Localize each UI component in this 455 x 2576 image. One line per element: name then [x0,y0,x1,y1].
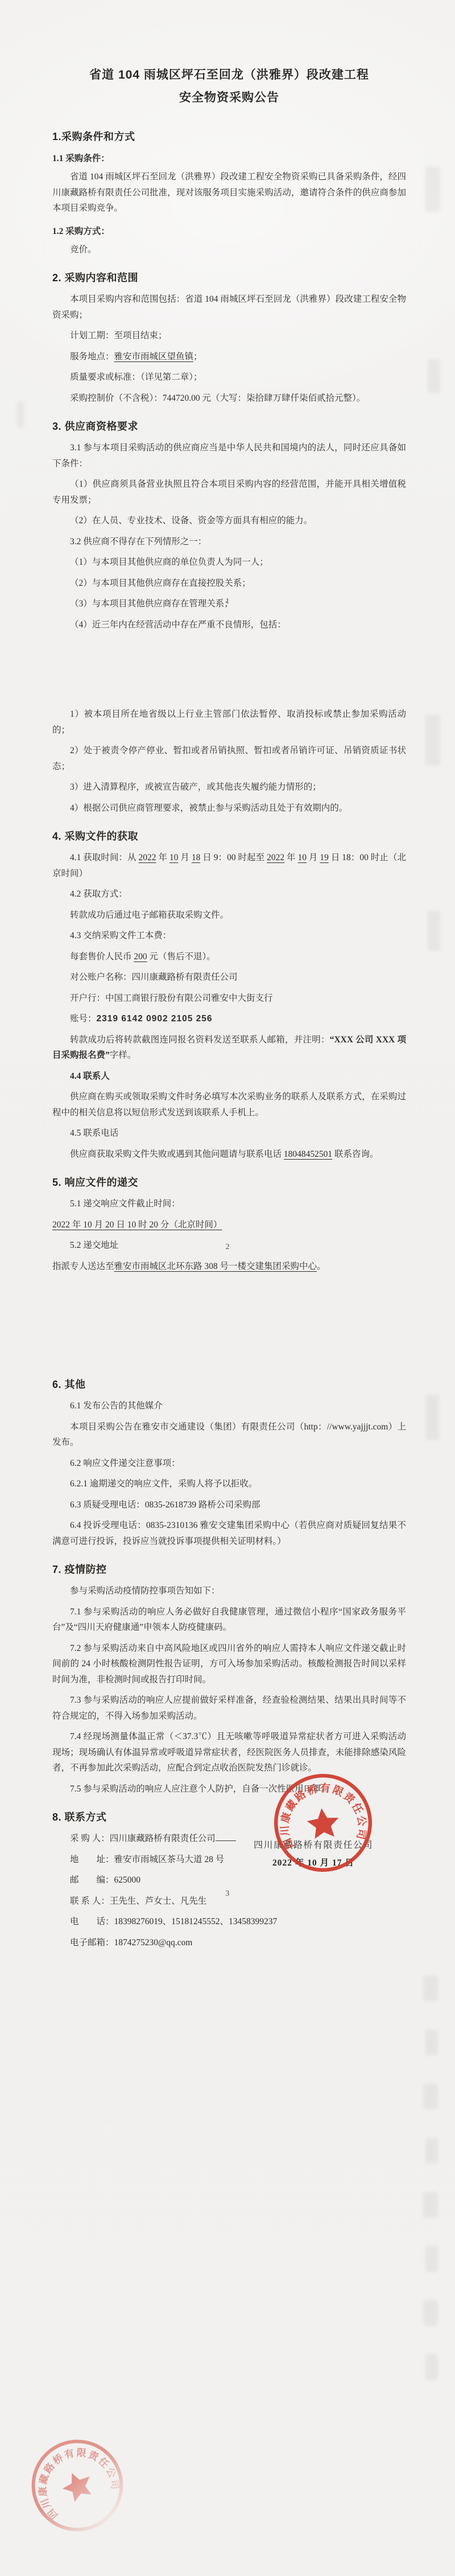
bleed-through-mark [425,2246,438,2272]
paragraph: 账号：2319 6142 0902 2105 256 [52,1011,406,1027]
paragraph: 6.3 质疑受理电话：0835-2618739 路桥公司采购部 [52,1497,406,1513]
document-title: 省道 104 雨城区坪石至回龙（洪雅界）段改建工程 安全物资采购公告 [52,64,406,109]
paragraph: 3.2 供应商不得存在下列情形之一： [52,534,406,550]
page-number-2: 2 [0,1242,455,1251]
paragraph: 计划工期：至项目结束； [52,328,406,344]
text-segment: 年 [156,853,169,862]
paragraph: 4）根据公司供应商管理要求，被禁止参与采购活动且处于有效期内的。 [52,800,406,816]
contact-label: 电子邮箱： [70,1938,114,1948]
contact-value: 四川康藏路桥有限责任公司 [110,1834,216,1843]
bleed-through-mark [425,166,440,212]
text-segment: 每套售价人民币 [70,952,134,962]
underlined-year: 2022 [139,853,156,862]
underlined-day: 19 [320,853,329,862]
paragraph: （4）近三年内在经营活动中存在严重不良情形，包括： [52,617,406,633]
underlined-phone: 18048452501 [284,1149,332,1159]
bleed-through-mark [423,2084,438,2110]
section-heading-5: 5. 响应文件的递交 [52,1174,406,1189]
paragraph: 7.5 参与采购活动的响应人应注意个人防护，自备一次性医用口罩。 [52,1781,406,1797]
contact-line: 电 话：18398276019、15181245552、13458399237 [52,1914,406,1930]
paragraph: 转款成功后通过电子邮箱获取采购文件。 [52,907,406,923]
paragraph: 7.3 参与采购活动的响应人应提前做好采样准备，经查验检测结果、结果出具时间等不… [52,1692,406,1724]
contact-line: 电子邮箱：1874275230@qq.com [52,1935,406,1951]
subsection-1-1: 1.1 采购条件： [52,151,406,164]
paragraph: 3）进入清算程序，或被宣告破产，或其他丧失履约能力情形的； [52,779,406,795]
underlined-price: 200 [134,952,147,962]
section-heading-8: 8. 联系方式 [52,1809,406,1824]
text-segment: 转款成功后将转款截图连同报名资料发送至联系人邮箱，并注明： [70,1035,330,1045]
page-1: 省道 104 雨城区坪石至回龙（洪雅界）段改建工程 安全物资采购公告 1.采购条… [52,64,406,638]
partial-company-seal: 四川康藏路桥有限责任公司 [13,2421,142,2550]
contact-label: 地 址： [70,1855,114,1864]
text-segment: 月 [307,853,320,862]
bleed-through-mark [423,2300,438,2326]
text-segment: 联系咨询。 [332,1149,378,1159]
paragraph: （1）供应商须具备营业执照且符合本项目采购内容的经营范围，并能开具相关增值税专用… [52,476,406,508]
section-heading-7: 7. 疫情防控 [52,1562,406,1576]
bleed-through-mark [428,359,440,393]
bleed-through-mark [425,1395,439,1440]
paragraph: 本项目采购内容和范围包括：省道 104 雨城区坪石至回龙（洪雅界）段改建工程安全… [52,291,406,323]
section-heading-2: 2. 采购内容和范围 [52,270,406,285]
underlined-day: 18 [192,853,201,862]
contact-label: 电 话： [70,1917,114,1926]
title-line-1: 省道 104 雨城区坪石至回龙（洪雅界）段改建工程 [52,64,406,87]
bleed-through-mark [425,2138,438,2164]
paragraph: （1）与本项目其他供应商的单位负责人为同一人； [52,554,406,570]
contact-value: 1874275230@qq.com [114,1938,193,1948]
paragraph: 6.1 发布公告的其他媒介 [52,1398,406,1414]
section-heading-6: 6. 其他 [52,1377,406,1391]
paragraph: 每套售价人民币 200 元（售后不退）。 [52,949,406,965]
contact-value: 18398276019、15181245552、13458399237 [114,1917,278,1926]
bleed-through-mark [17,401,24,428]
account-number: 2319 6142 0902 2105 256 [97,1014,213,1024]
paragraph: 服务地点：雅安市雨城区望鱼镇； [52,349,406,365]
underlined-deadline: 2022 年 10 月 20 日 10 时 20 分（北京时间） [52,1220,222,1230]
paragraph: 采购控制价（不含税）：744720.00 元（大写：柒拾肆万肆仟柒佰贰拾元整）。 [52,391,406,406]
paragraph: 竞价。 [52,242,406,258]
paragraph: 2022 年 10 月 20 日 10 时 20 分（北京时间） [52,1217,406,1233]
paragraph: 供应商在购买或领取采购文件时务必填写本次采购业务的联系人及联系方式，在采购过程中… [52,1089,406,1120]
page-number-1: 1 [0,597,455,606]
seal-arc-text: 四川康藏路桥有限责任公司 [24,2433,124,2522]
paragraph: 2）处于被责令停产停业、暂扣或者吊销执照、暂扣或者吊销许可证、吊销资质证书状态； [52,743,406,774]
paragraph: 6.4 投诉受理电话：0835-2310136 雅安交建集团采购中心（若供应商对… [52,1518,406,1549]
section-heading-3: 3. 供应商资格要求 [52,418,406,433]
bleed-through-mark [425,2354,438,2380]
paragraph: 6.2 响应文件递交注意事项： [52,1456,406,1472]
svg-text:四川康藏路桥有限责任公司: 四川康藏路桥有限责任公司 [24,2433,124,2522]
paragraph: 参与采购活动疫情防控事项告知如下： [52,1583,406,1599]
underlined-address: 雅安市雨城区北环东路 308 号一楼交建集团采购中心 [114,1262,317,1271]
blank-underline [216,1832,236,1842]
paragraph: （2）与本项目其他供应商存在直接控股关系； [52,576,406,591]
text-segment: 4.1 获取时间：从 [70,853,139,862]
text-segment: 。 [317,1262,326,1271]
paragraph: 7.2 参与采购活动来自中高风险地区或四川省外的响应人需持本人响应文件递交截止时… [52,1641,406,1688]
paragraph: 1）被本项目所在地省级以上行业主管部门依法暂停、取消投标或禁止参加采购活动的； [52,706,406,738]
bleed-through-mark [423,2192,438,2218]
paragraph: 对公账户名称：四川康藏路桥有限责任公司 [52,969,406,985]
text-segment: 日 9：00 时起至 [200,853,267,862]
underlined-year: 2022 [267,853,284,862]
contact-label: 采 购 人： [70,1834,110,1843]
paragraph: 7.4 经现场测量体温正常（＜37.3℃）且无咳嗽等呼吸道异常症状者方可进入采购… [52,1729,406,1776]
text-segment: 月 [178,853,191,862]
signature-company: 四川康藏路桥有限责任公司 [254,1838,373,1851]
text-segment: 元（售后不退）。 [147,952,216,962]
page-2: 1）被本项目所在地省级以上行业主管部门依法暂停、取消投标或禁止参加采购活动的； … [52,701,406,1279]
section-heading-4: 4. 采购文件的获取 [52,828,406,843]
text-segment: 字样。 [110,1050,136,1060]
paragraph: 省道 104 雨城区坪石至回龙（洪雅界）段改建工程安全物资采购已具备采购条件，经… [52,169,406,216]
contact-line: 邮 编：625000 [52,1872,406,1888]
text-segment: 服务地点： [70,352,114,361]
bleed-through-mark [428,911,440,951]
underlined-month: 10 [297,853,307,862]
contact-value: 雅安市雨城区茶马大道 28 号 [114,1855,225,1864]
paragraph: 本项目采购公告在雅安市交通建设（集团）有限责任公司（http：//www.yaj… [52,1419,406,1451]
scanned-document: 省道 104 雨城区坪石至回龙（洪雅界）段改建工程 安全物资采购公告 1.采购条… [0,0,455,2576]
text-segment: 年 [284,853,297,862]
paragraph: 6.2.1 逾期递交的响应文件，采购人将予以拒收。 [52,1476,406,1492]
paragraph: 4.1 获取时间：从 2022 年 10 月 18 日 9：00 时起至 202… [52,850,406,881]
text-segment: 指派专人送达至 [52,1262,114,1271]
title-line-2: 安全物资采购公告 [52,87,406,109]
text-segment: ； [193,352,202,361]
paragraph: 质量要求或标准：（详见第二章）； [52,369,406,385]
paragraph: 4.2 获取方式： [52,886,406,902]
underlined-month: 10 [169,853,179,862]
bleed-through-mark [425,714,440,766]
paragraph: 7.1 参与采购活动的响应人务必做好自我健康管理，通过微信小程序“国家政务服务平… [52,1604,406,1636]
paragraph: 开户行：中国工商银行股份有限公司雅安中大街支行 [52,991,406,1006]
subsection-4-4: 4.4 联系人 [52,1069,406,1084]
contact-value: 625000 [114,1875,141,1885]
paragraph: 转款成功后将转款截图连同报名资料发送至联系人邮箱，并注明：“XXX 公司 XXX… [52,1032,406,1063]
section-heading-1: 1.采购条件和方式 [52,129,406,143]
paragraph: （2）在人员、专业技术、设备、资金等方面具有相应的能力。 [52,513,406,529]
paragraph: 3.1 参与本项目采购活动的供应商应当是中华人民共和国境内的法人，同时还应具备如… [52,440,406,471]
underlined-text: 雅安市雨城区望鱼镇 [114,352,194,361]
paragraph: 4.3 交纳采购文件工本费： [52,928,406,944]
account-label: 账号： [70,1014,97,1024]
paragraph: 指派专人送达至雅安市雨城区北环东路 308 号一楼交建集团采购中心。 [52,1259,406,1275]
contact-label: 邮 编： [70,1875,114,1885]
subsection-1-2: 1.2 采购方式： [52,224,406,237]
text-segment: 供应商获取采购文件失败或遇到其他问题请与联系电话 [70,1149,284,1159]
signature-date: 2022 年 10 月 17 日 [272,1856,354,1868]
paragraph: 供应商获取采购文件失败或遇到其他问题请与联系电话 18048452501 联系咨… [52,1147,406,1162]
bleed-through-mark [423,1975,438,2002]
seal-star-icon [58,2467,97,2504]
paragraph: 5.1 递交响应文件截止时间： [52,1196,406,1212]
page-number-3: 3 [0,1889,455,1898]
bleed-through-mark [425,2029,438,2056]
subsection-4-5: 4.5 联系电话 [52,1125,406,1141]
